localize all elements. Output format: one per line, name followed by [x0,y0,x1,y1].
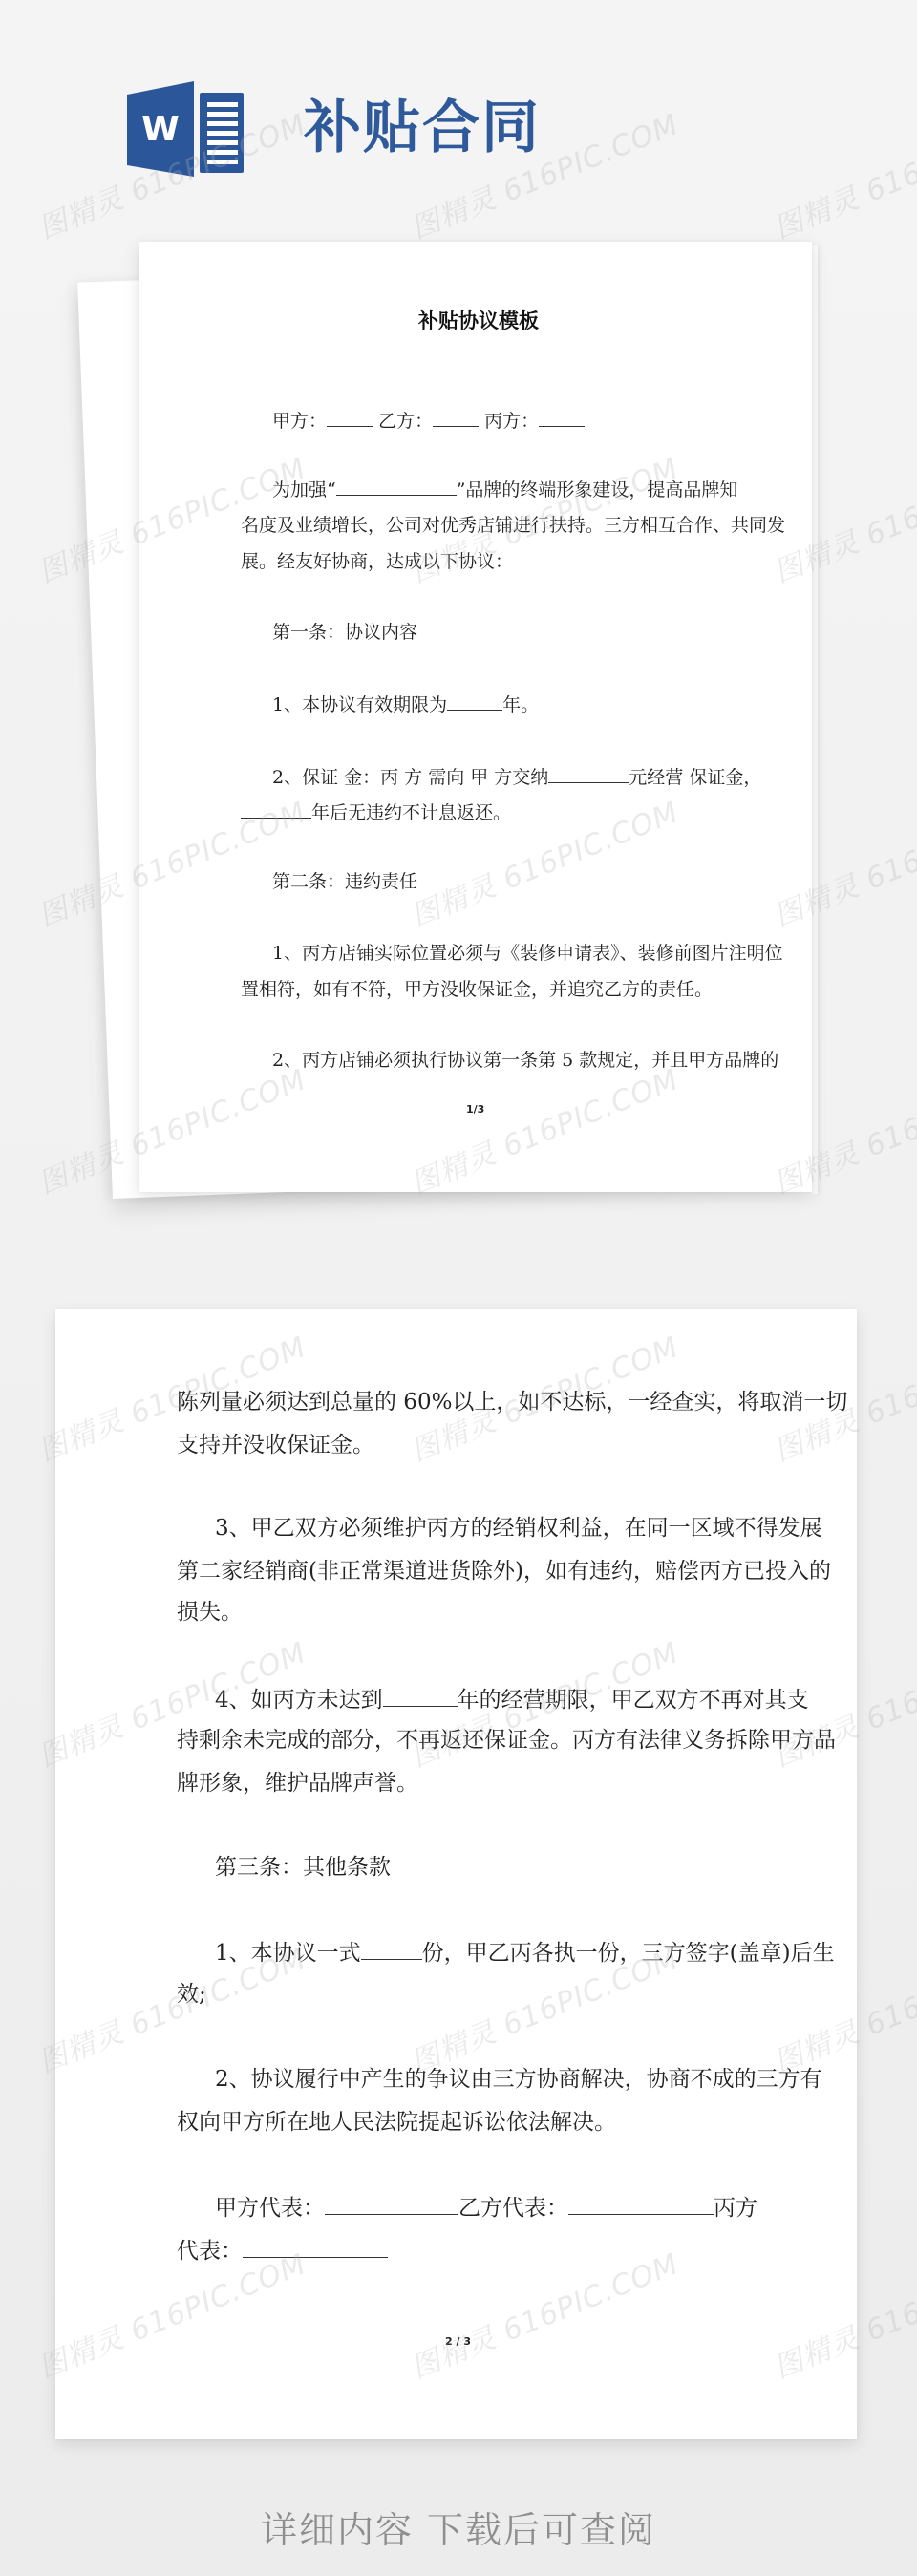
party-a-blank [327,409,373,427]
party-a-rep-blank [325,2193,458,2215]
party-a-rep-label: 甲方代表： [215,2196,325,2221]
article-2-item-1-cont: 置相符，如有不符，甲方没收保证金，并追究乙方的责任。 [241,978,713,1001]
item-text: 1、本协议有效期限为 [272,694,447,715]
banner-title: 补贴合同 [304,94,541,162]
item-text: 份，甲乙丙各执一份，三方签字(盖章)后生 [422,1941,835,1966]
article-2-item-3-end: 损失。 [177,1599,243,1626]
intro-line-1: 为加强“”品牌的终端形象建设，提高品牌知 [272,478,737,501]
article-2-item-2: 2、丙方店铺必须执行协议第一条第 5 款规定，并且甲方品牌的 [272,1049,778,1072]
watermark: 图精灵 616PIC.COM [767,101,917,247]
article-1-item-1: 1、本协议有效期限为年。 [272,692,539,716]
page-number-2: 2 / 3 [445,2335,471,2348]
intro-line-2: 名度及业绩增长，公司对优秀店铺进行扶持。三方相互合作、共同发 [241,514,785,537]
party-a-label: 甲方： [272,411,327,432]
deposit-blank [548,765,629,783]
article-1-heading: 第一条：协议内容 [272,621,417,644]
page-number-1: 1/3 [466,1103,484,1116]
article-1-item-2-cont: 年后无违约不计息返还。 [241,800,511,824]
item-text: 元经营 保证金， [629,767,761,788]
item-text: 年。 [502,694,539,715]
party-b-rep-blank [568,2193,714,2215]
continued-line-1: 陈列量必须达到总量的 60%以上，如不达标，一经查实，将取消一切 [177,1389,847,1416]
intro-text: 为加强“ [272,479,336,500]
term-years-blank [383,1685,458,1707]
document-page-2 [55,1309,857,2439]
intro-line-3: 展。经友好协商，达成以下协议： [241,550,513,573]
party-b-label: 乙方： [378,411,433,432]
article-3-item-2-cont: 权向甲方所在地人民法院提起诉讼依法解决。 [177,2109,616,2136]
party-c-label: 丙方： [484,411,539,432]
party-c-rep-blank [243,2236,388,2258]
continued-line-2: 支持并没收保证金。 [177,1432,374,1458]
page-edge [812,245,818,1194]
party-c-rep-label: 丙方 [714,2196,757,2221]
document-heading: 补贴协议模板 [418,306,539,334]
parties-line: 甲方： 乙方： 丙方： [272,409,585,433]
item-text: 年后无违约不计息返还。 [311,802,511,823]
item-text: 2、保证 金：丙 方 需向 甲 方交纳 [272,767,548,788]
item-text: 4、如丙方未达到 [215,1688,383,1713]
article-2-heading: 第二条：违约责任 [272,870,417,893]
signature-line-2: 代表： [177,2236,388,2265]
article-3-item-1: 1、本协议一式份，甲乙丙各执一份，三方签字(盖章)后生 [215,1938,835,1967]
signature-line: 甲方代表：乙方代表：丙方 [215,2193,757,2222]
article-3-item-1-cont: 效; [177,1981,206,2008]
download-notice: 详细内容 下载后可查阅 [0,2501,917,2553]
article-1-item-2: 2、保证 金：丙 方 需向 甲 方交纳元经营 保证金， [272,765,761,789]
article-2-item-3-cont: 第二家经销商(非正常渠道进货除外)，如有违约，赔偿丙方已投入的 [177,1558,831,1585]
party-c-rep-label: 代表： [177,2239,243,2264]
item-text: 1、本协议一式 [215,1941,361,1966]
years-blank [447,692,502,711]
party-c-blank [539,409,585,427]
brand-blank [336,478,457,496]
article-2-item-4-end: 牌形象，维护品牌声誉。 [177,1770,418,1797]
intro-text: ”品牌的终端形象建设，提高品牌知 [457,479,738,500]
copies-blank [361,1938,422,1960]
word-document-icon: W [127,81,246,177]
article-2-item-4-cont: 持剩余未完成的部分，不再返还保证金。丙方有法律义务拆除甲方品 [177,1727,836,1754]
party-b-blank [433,409,479,427]
item-text: 年的经营期限，甲乙双方不再对其支 [458,1688,809,1713]
article-3-item-2: 2、协议履行中产生的争议由三方协商解决，协商不成的三方有 [215,2066,822,2093]
article-3-heading: 第三条：其他条款 [215,1854,391,1881]
article-2-item-3: 3、甲乙双方必须维护丙方的经销权利益，在同一区域不得发展 [215,1515,822,1542]
article-2-item-4: 4、如丙方未达到年的经营期限，甲乙双方不再对其支 [215,1685,809,1714]
return-years-blank [241,800,311,819]
svg-text:W: W [141,110,180,149]
party-b-rep-label: 乙方代表： [458,2196,568,2221]
article-2-item-1: 1、丙方店铺实际位置必须与《装修申请表》、装修前图片注明位 [272,942,783,965]
